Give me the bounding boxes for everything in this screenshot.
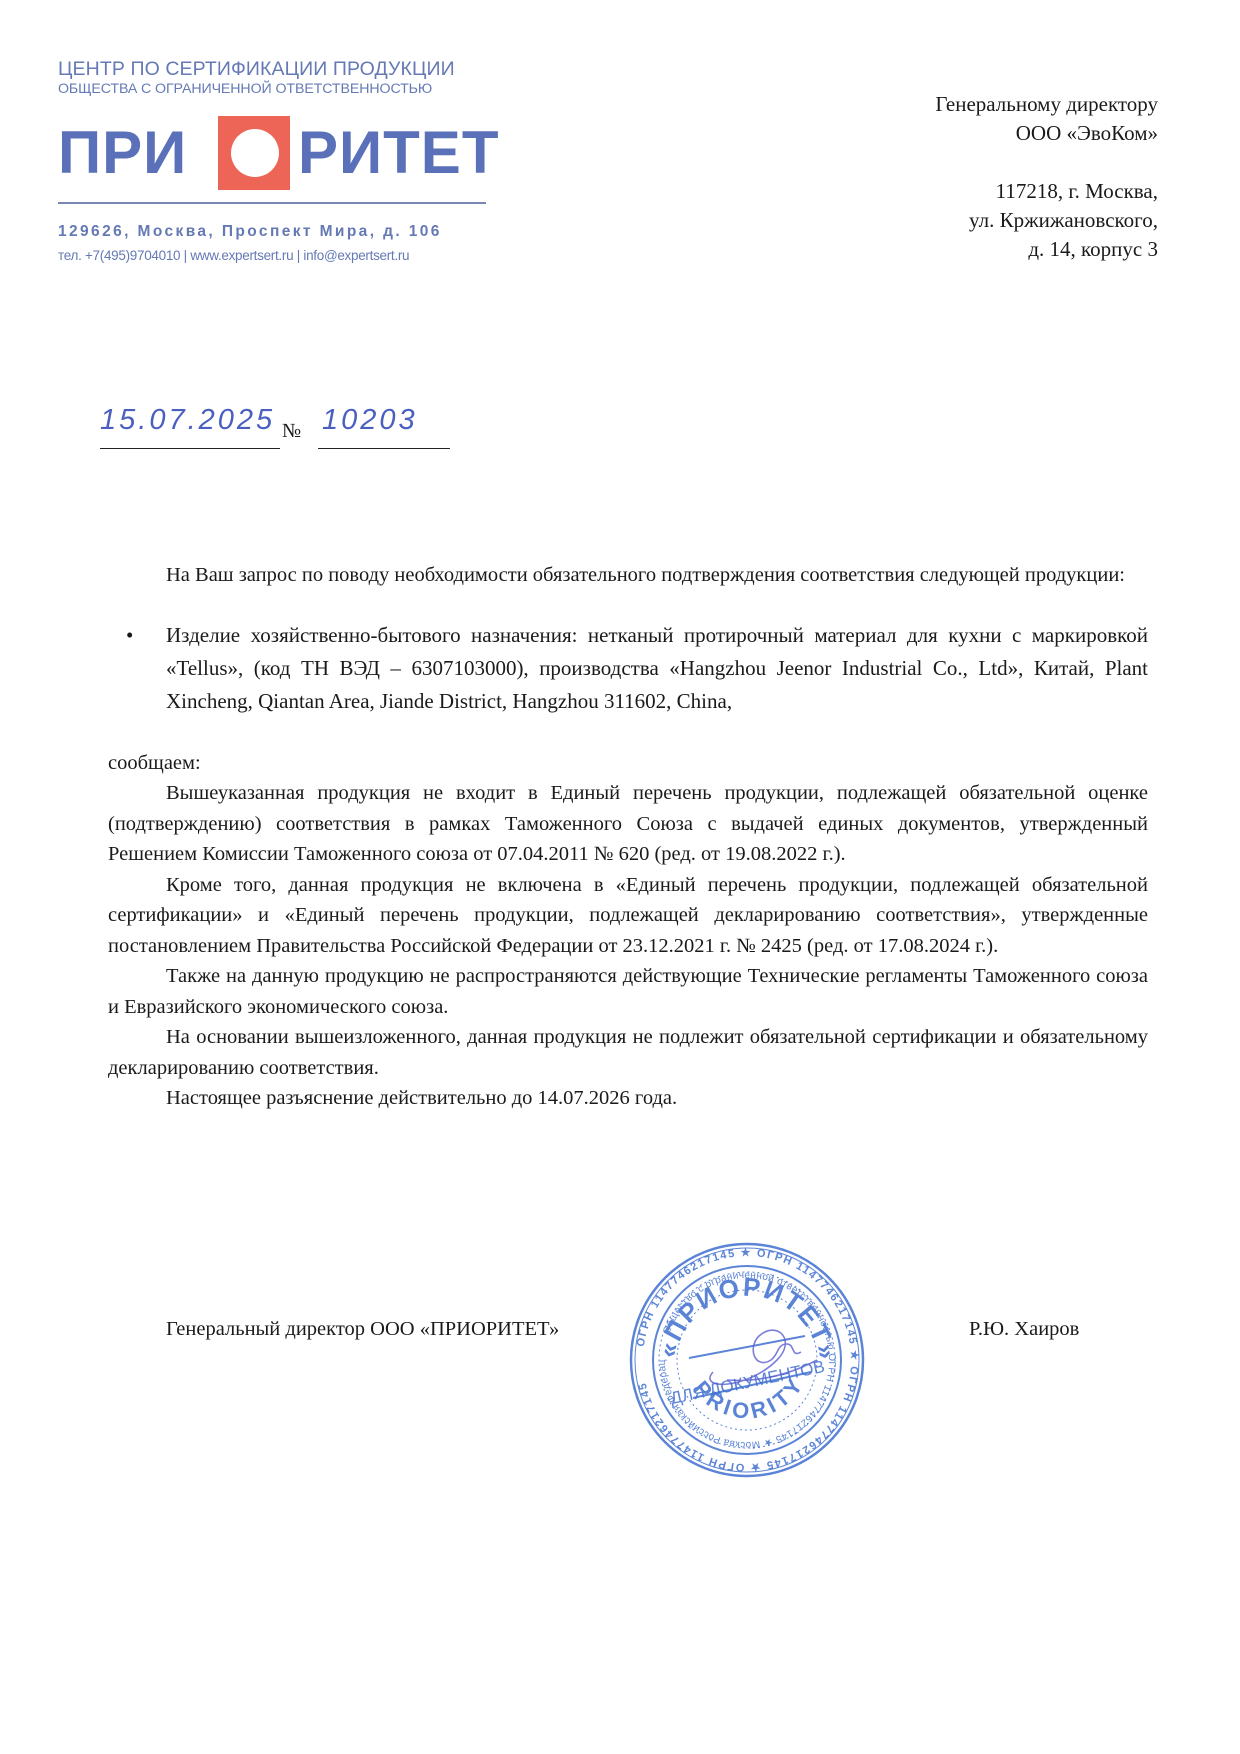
- letterhead-divider: [58, 202, 486, 204]
- signatory-title: Генеральный директор ООО «ПРИОРИТЕТ»: [166, 1318, 559, 1341]
- company-logo: ПРИ РИТЕТ: [58, 120, 488, 186]
- addressee-company: ООО «ЭвоКом»: [935, 119, 1158, 148]
- outgoing-reference: 15.07.2025 № 10203: [100, 404, 450, 454]
- list-item: • Изделие хозяйственно-бытового назначен…: [108, 619, 1148, 718]
- addressee-position: Генеральному директору: [935, 90, 1158, 119]
- addressee-block: Генеральному директору ООО «ЭвоКом» 1172…: [935, 90, 1158, 264]
- letterhead-title: ЦЕНТР ПО СЕРТИФИКАЦИИ ПРОДУКЦИИ: [58, 58, 488, 80]
- validity-paragraph: Настоящее разъяснение действительно до 1…: [108, 1083, 1148, 1114]
- company-seal-stamp-icon: ОГРН 1147746217145 ★ ОГРН 1147746217145 …: [627, 1240, 867, 1480]
- date-underline: [100, 448, 280, 449]
- handwritten-date: 15.07.2025: [100, 404, 275, 437]
- letter-body: На Ваш запрос по поводу необходимости об…: [108, 560, 1148, 1114]
- letterhead-address: 129626, Москва, Проспект Мира, д. 106: [58, 223, 442, 241]
- addressee-address-building: д. 14, корпус 3: [935, 235, 1158, 264]
- signatory-name: Р.Ю. Хаиров: [969, 1318, 1079, 1341]
- logo-text-left: ПРИ: [58, 120, 187, 186]
- product-list: • Изделие хозяйственно-бытового назначен…: [108, 619, 1148, 718]
- addressee-address-street: ул. Кржижановского,: [935, 206, 1158, 235]
- number-underline: [318, 448, 450, 449]
- body-paragraph-2: Кроме того, данная продукция не включена…: [108, 870, 1148, 962]
- logo-text-right: РИТЕТ: [298, 120, 499, 186]
- number-sign: №: [282, 420, 301, 443]
- intro-paragraph: На Ваш запрос по поводу необходимости об…: [108, 560, 1148, 591]
- product-description: Изделие хозяйственно-бытового назначения…: [166, 623, 1148, 713]
- svg-text:«ПРИОРИТЕТ»: «ПРИОРИТЕТ»: [652, 1272, 843, 1364]
- letterhead-subtitle: ОБЩЕСТВА С ОГРАНИЧЕННОЙ ОТВЕТСТВЕННОСТЬЮ: [58, 80, 488, 98]
- bullet-icon: •: [126, 619, 133, 652]
- handwritten-number: 10203: [322, 404, 418, 437]
- logo-o-square-icon: [218, 116, 290, 190]
- logo-o-circle: [231, 129, 279, 177]
- body-paragraph-4: На основании вышеизложенного, данная про…: [108, 1022, 1148, 1083]
- lead-paragraph: сообщаем:: [108, 748, 1148, 779]
- body-paragraph-3: Также на данную продукцию не распростран…: [108, 961, 1148, 1022]
- letterhead-contacts: тел. +7(495)9704010 | www.expertsert.ru …: [58, 248, 409, 263]
- addressee-address-city: 117218, г. Москва,: [935, 177, 1158, 206]
- body-paragraph-1: Вышеуказанная продукция не входит в Един…: [108, 778, 1148, 870]
- letterhead: ЦЕНТР ПО СЕРТИФИКАЦИИ ПРОДУКЦИИ ОБЩЕСТВА…: [58, 58, 488, 186]
